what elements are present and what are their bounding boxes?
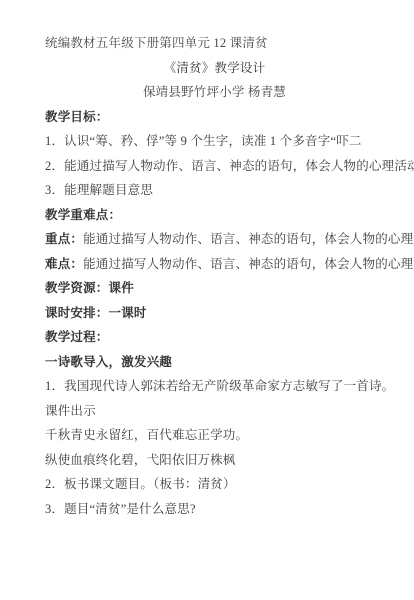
key-difficult-heading: 教学重难点：: [45, 209, 384, 223]
document-page: 统编教材五年级下册第四单元 12 课清贫 《清贫》教学设计 保靖县野竹坪小学 杨…: [0, 0, 414, 600]
poem-line-1: 千秋青史永留红，百代难忘正学功。: [45, 429, 384, 443]
difficult-point-line: 难点：能通过描写人物动作、语言、神态的语句，体会人物的心理活 动..: [45, 258, 384, 272]
process-item-2: 2．板书课文题目。（板书：清贫）: [45, 478, 384, 492]
process-item-1: 1．我国现代诗人郭沫若给无产阶级革命家方志敏写了一首诗。: [45, 380, 384, 394]
difficult-point-label: 难点：: [45, 257, 83, 271]
key-point-label: 重点：: [45, 232, 83, 246]
teaching-process-heading: 教学过程：: [45, 331, 384, 345]
header-note: 统编教材五年级下册第四单元 12 课清贫: [45, 37, 384, 51]
poem-line-2: 纵使血痕终化碧，弋阳依旧万株枫: [45, 454, 384, 468]
courseware-note: 课件出示: [45, 405, 384, 419]
key-point-text: 能通过描写人物动作、语言、神态的语句，体会人物的心理活 动..: [83, 232, 414, 246]
goal-item-1: 1．认识“筹、矜、俘”等 9 个生字，读准 1 个多音字“吓二: [45, 135, 384, 149]
class-schedule-line: 课时安排：一课时: [45, 307, 384, 321]
teaching-resources-line: 教学资源：课件: [45, 282, 384, 296]
goal-item-2: 2．能通过描写人物动作、语言、神态的语句，体会人物的心理活动。: [45, 160, 384, 174]
document-byline: 保靖县野竹坪小学 杨青慧: [45, 86, 384, 100]
goal-item-3: 3．能理解题目意思: [45, 184, 384, 198]
document-title: 《清贫》教学设计: [45, 62, 384, 76]
difficult-point-text: 能通过描写人物动作、语言、神态的语句，体会人物的心理活 动..: [83, 257, 414, 271]
key-point-line: 重点：能通过描写人物动作、语言、神态的语句，体会人物的心理活 动..: [45, 233, 384, 247]
section-one-heading: 一诗歌导入，激发兴趣: [45, 356, 384, 370]
process-item-3: 3．题目“清贫”是什么意思?: [45, 503, 384, 517]
teaching-goals-heading: 教学目标：: [45, 111, 384, 125]
